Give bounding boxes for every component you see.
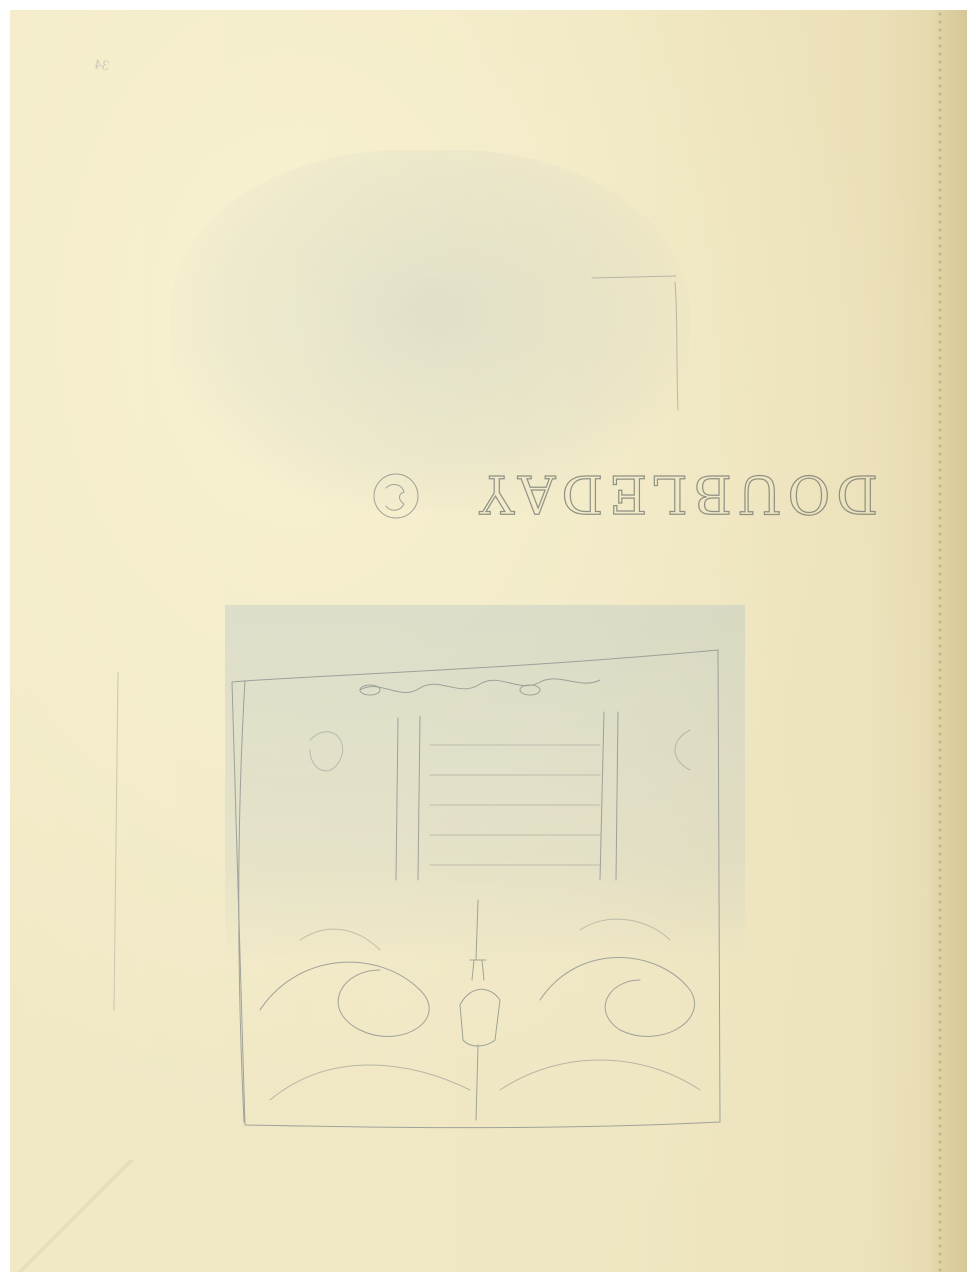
ornamental-lettering: DOUBLEDAY	[368, 458, 878, 528]
pencil-sketches	[0, 0, 977, 1280]
